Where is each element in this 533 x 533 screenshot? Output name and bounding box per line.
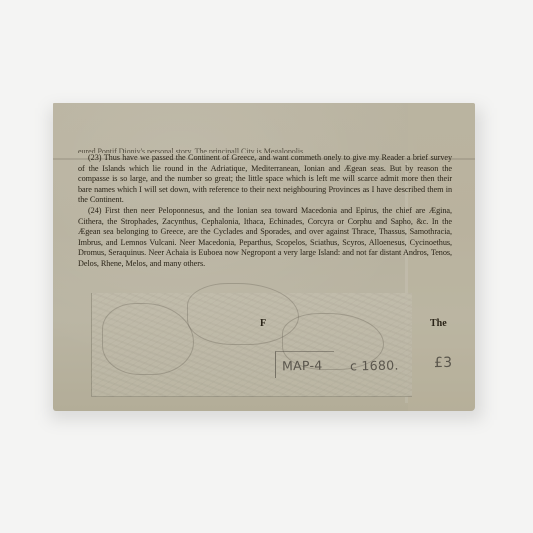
pencil-reference-note: MAP-4 <box>282 358 323 374</box>
paragraph-number: (24) <box>88 206 101 215</box>
catchword: The <box>430 318 447 329</box>
printed-text-block: eured Pontif Dioniy's personal story. Th… <box>78 149 452 270</box>
antique-document-sheet: eured Pontif Dioniy's personal story. Th… <box>53 103 475 411</box>
signature-mark: F <box>260 318 266 329</box>
pencil-price-note: £3 <box>434 355 453 371</box>
paragraph-text: First then neer Peloponnesus, and the Io… <box>78 206 452 268</box>
paragraph-23: (23) Thus have we passed the Continent o… <box>78 153 452 206</box>
map-coastline <box>102 303 194 375</box>
paragraph-text: Thus have we passed the Continent of Gre… <box>78 153 452 204</box>
paragraph-24: (24) First then neer Peloponnesus, and t… <box>78 206 452 270</box>
cut-off-line: eured Pontif Dioniy's personal story. Th… <box>78 147 452 153</box>
paragraph-number: (23) <box>88 153 101 162</box>
map-bleed-through <box>91 293 412 397</box>
pencil-date-note: c 1680. <box>350 358 399 374</box>
